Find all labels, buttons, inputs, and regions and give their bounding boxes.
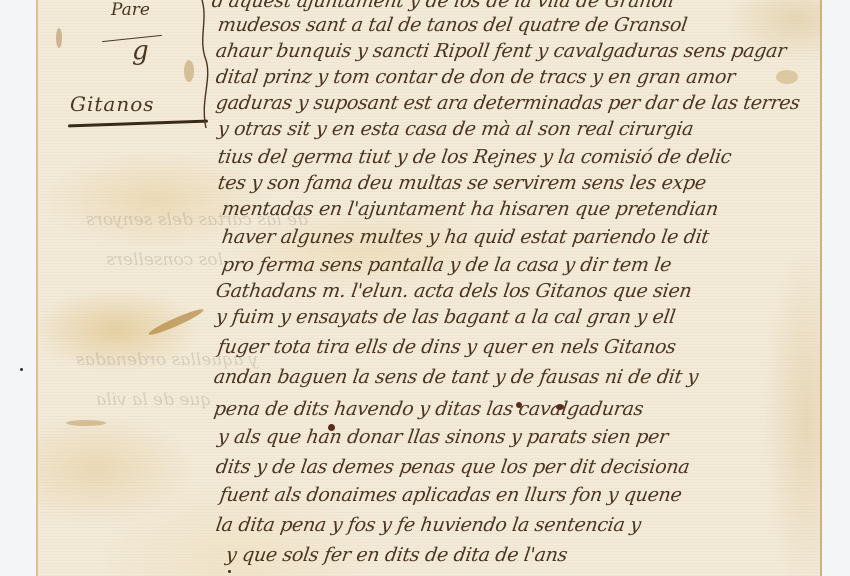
text-line: y otras sit y en esta casa de mà al son …: [216, 118, 694, 140]
stain: [147, 306, 205, 338]
text-line: y fuim y ensayats de las bagant a la cal…: [214, 306, 676, 328]
text-line: dits y de las demes penas que los per di…: [214, 456, 690, 478]
text-line: dital prinz y tom contar de don de tracs…: [214, 66, 736, 88]
bleed-through-text: que de la vila: [96, 390, 211, 410]
text-line: y als que han donar llas sinons y parats…: [216, 426, 669, 448]
stain: [66, 420, 106, 426]
text-line: Gathadans m. l'elun. acta dels los Gitan…: [214, 280, 693, 302]
text-line: fuent als donaimes aplicadas en llurs fo…: [218, 484, 683, 506]
margin-note-line-3: Gitanos: [70, 92, 155, 116]
text-line: d'aquest ajuntament y de los de la vila …: [210, 0, 675, 12]
stain: [184, 60, 194, 82]
text-line: mentadas en l'ajuntament ha hisaren que …: [220, 198, 719, 220]
text-line: gaduras y suposant est ara determinadas …: [214, 92, 801, 114]
scan-dust: [20, 368, 23, 371]
text-line: tius del germa tiut y de los Rejnes y la…: [216, 146, 732, 168]
text-line: mudesos sant a tal de tanos del quatre d…: [216, 14, 688, 36]
text-line: la dita pena y fos y fe huviendo la sent…: [214, 514, 642, 536]
text-line: haver algunes multes y ha quid estat par…: [220, 226, 710, 248]
text-line: fuger tota tira ells de dins y quer en n…: [216, 336, 677, 358]
stain: [56, 28, 62, 48]
bleed-through-text: los consellers: [106, 250, 223, 270]
margin-underline: [68, 120, 208, 128]
ink-blot: [328, 424, 335, 431]
ink-blot: [516, 402, 522, 408]
text-line: pro ferma sens pantalla y de la casa y d…: [220, 254, 672, 276]
scan-dust: [228, 570, 231, 573]
ink-blot: [556, 404, 564, 410]
margin-note-line-2: g: [132, 36, 149, 66]
text-line: y que sols fer en dits de dita de l'ans: [224, 544, 568, 566]
text-line: andan baguen la sens de tant y de fausas…: [212, 366, 699, 388]
stain: [776, 70, 798, 84]
margin-note-line-1: Pare: [111, 0, 150, 20]
text-line: ahaur bunquis y sancti Ripoll fent y cav…: [214, 40, 787, 62]
manuscript-page: de las cartas dels senyors y aquellas or…: [36, 0, 822, 576]
text-line: pena de dits havendo y ditas las cavalga…: [212, 398, 644, 420]
text-line: tes y son fama deu multas se servirem se…: [216, 172, 707, 194]
bracket-brace: [198, 0, 212, 128]
